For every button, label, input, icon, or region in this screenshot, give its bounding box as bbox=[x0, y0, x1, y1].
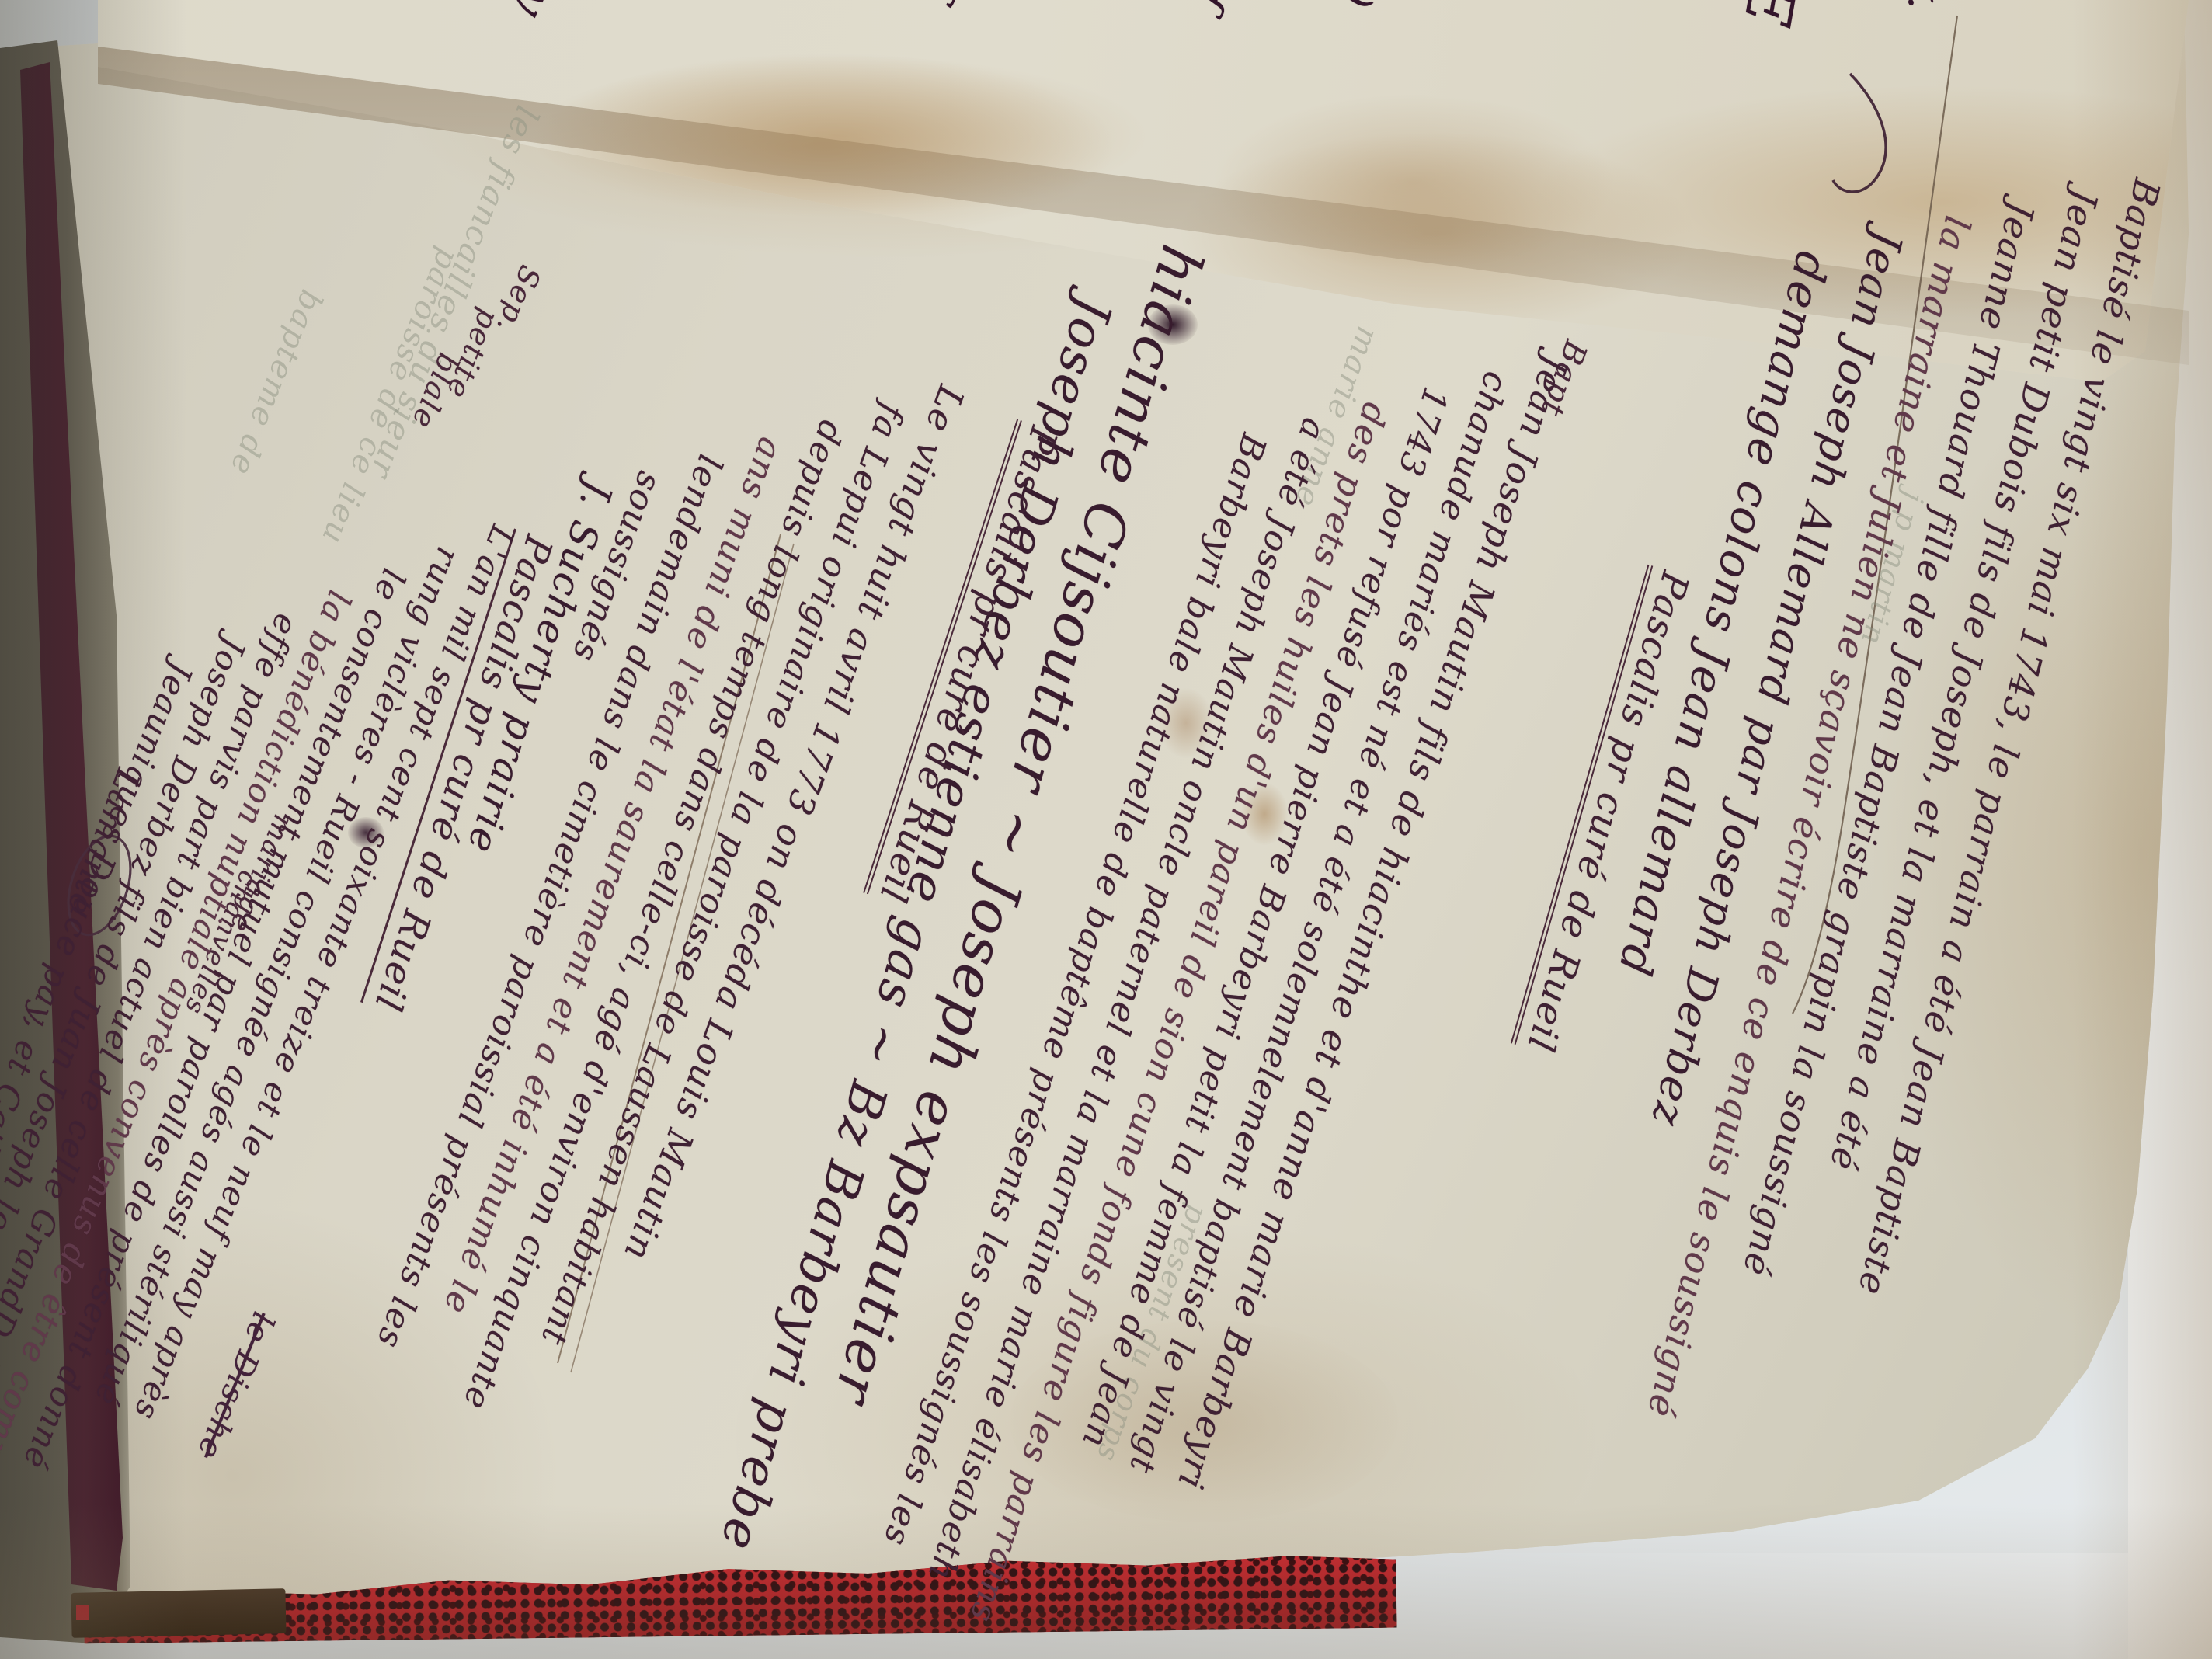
photo-manuscript-register: gyſ)y,ſſjgſp)ygEz.les fiancailles du sie… bbox=[0, 0, 2212, 1659]
cover-board-edge bbox=[71, 1588, 286, 1638]
red-cover-corner bbox=[76, 1605, 89, 1620]
